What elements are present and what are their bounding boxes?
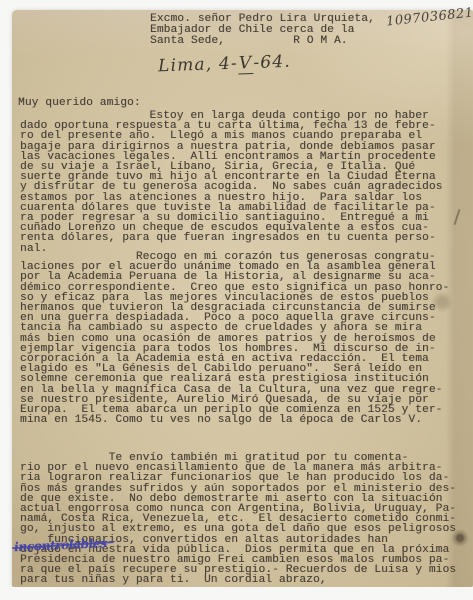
date-prefix: Lima, 4-: [158, 54, 239, 77]
letter-page: 1097036821 Excmo. señor Pedro Lira Urqui…: [12, 10, 473, 587]
paragraph-2: Recogo en mi corazón tus generosas congr…: [20, 252, 449, 425]
date-suffix: -64.: [253, 52, 291, 73]
recipient-line-2: Embajador de Chile cerca de la: [150, 24, 354, 36]
date-month-numeral: V: [238, 53, 254, 75]
archive-number-annotation: 1097036821: [385, 5, 473, 29]
handwritten-date: Lima, 4-V-64.: [158, 52, 292, 77]
scan-background-strip: [0, 587, 473, 600]
recipient-line-3: Santa Sede, R O M A.: [150, 35, 348, 47]
recipient-line-1: Excmo. señor Pedro Lira Urquieta,: [150, 13, 375, 25]
recipient-address-block: Excmo. señor Pedro Lira Urquieta,Embajad…: [150, 14, 375, 48]
paragraph-3: Te envío también mi gratitud por tu come…: [20, 453, 456, 586]
paragraph-1: Estoy en larga deuda contigo por no habe…: [20, 111, 442, 254]
margin-slash-mark: [454, 209, 460, 225]
salutation: Muy querido amigo:: [18, 98, 141, 108]
